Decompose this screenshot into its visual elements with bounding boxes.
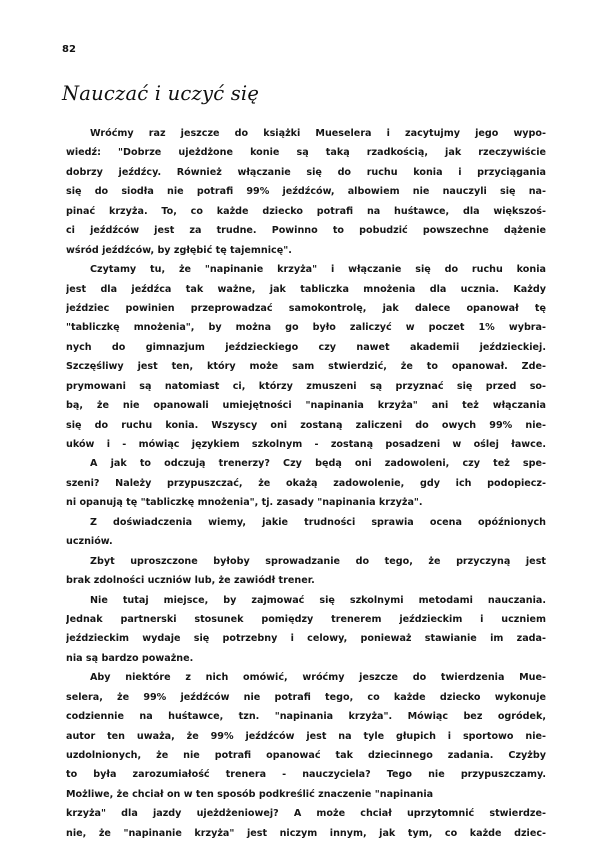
text-line: prymowani są natomiast ci, którzy zmusze… [66, 377, 546, 396]
text-line: jest dla jeźdźca tak ważne, jak tabliczk… [66, 280, 546, 299]
text-line: uzdolnionych, że nie potrafi opanować ta… [66, 746, 546, 765]
text-line: dobrzy jeźdźcy. Również włączanie się do… [66, 163, 546, 182]
text-line: Możliwe, że chciał on w ten sposób podkr… [66, 785, 546, 804]
body-text: Wróćmy raz jeszcze do książki Mueselera … [66, 124, 546, 843]
text-line: się do siodła nie potrafi 99% jeźdźców, … [66, 182, 546, 201]
text-line: uczniów. [66, 532, 546, 551]
text-line: bą, że nie opanowali umiejętności "napin… [66, 396, 546, 415]
text-line: A jak to odczują trenerzy? Czy będą oni … [66, 454, 546, 473]
text-line: wiedź: "Dobrze ujeżdżone konie są taką r… [66, 143, 546, 162]
text-line: nie, że "napinanie krzyża" jest niczym i… [66, 824, 546, 843]
text-line: codziennie na huśtawce, tzn. "napinania … [66, 707, 546, 726]
text-line: wśród jeźdźców, by zgłębić tę tajemnicę"… [66, 241, 546, 260]
text-line: ni opanują tę "tabliczkę mnożenia", tj. … [66, 493, 546, 512]
text-line: się do ruchu konia. Wszyscy oni zostaną … [66, 416, 546, 435]
text-line: "tabliczkę mnożenia", by można go było z… [66, 318, 546, 337]
text-line: brak zdolności uczniów lub, że zawiódł t… [66, 571, 546, 590]
text-line: nych do gimnazjum jeździeckiego czy nawe… [66, 338, 546, 357]
page-number: 82 [62, 44, 76, 55]
section-title: Nauczać i uczyć się [62, 82, 259, 105]
text-line: Nie tutaj miejsce, by zajmować się szkol… [66, 591, 546, 610]
text-line: Czytamy tu, że "napinanie krzyża" i włąc… [66, 260, 546, 279]
text-line: Z doświadczenia wiemy, jakie trudności s… [66, 513, 546, 532]
text-line: Wróćmy raz jeszcze do książki Mueselera … [66, 124, 546, 143]
text-line: pinać krzyża. To, co każde dziecko potra… [66, 202, 546, 221]
text-line: jeździec powinien przeprowadzać samokont… [66, 299, 546, 318]
text-line: jeździeckim wydaje się potrzebny i celow… [66, 629, 546, 648]
text-line: nia są bardzo poważne. [66, 649, 546, 668]
text-line: ci jeźdźców jest za trudne. Powinno to p… [66, 221, 546, 240]
text-line: Aby niektóre z nich omówić, wróćmy jeszc… [66, 668, 546, 687]
text-line: Jednak partnerski stosunek pomiędzy tren… [66, 610, 546, 629]
text-line: Szczęśliwy jest ten, który może sam stwi… [66, 357, 546, 376]
text-line: selera, że 99% jeźdźców nie potrafi tego… [66, 688, 546, 707]
text-line: Zbyt uproszczone byłoby sprowadzanie do … [66, 552, 546, 571]
text-line: autor ten uważa, że 99% jeźdźców jest na… [66, 727, 546, 746]
text-line: szeni? Należy przypuszczać, że okażą zad… [66, 474, 546, 493]
text-line: uków i - mówiąc językiem szkolnym - zost… [66, 435, 546, 454]
text-line: to była zarozumiałość trenera - nauczyci… [66, 765, 546, 784]
text-line: krzyża" dla jazdy ujeżdżeniowej? A może … [66, 804, 546, 823]
